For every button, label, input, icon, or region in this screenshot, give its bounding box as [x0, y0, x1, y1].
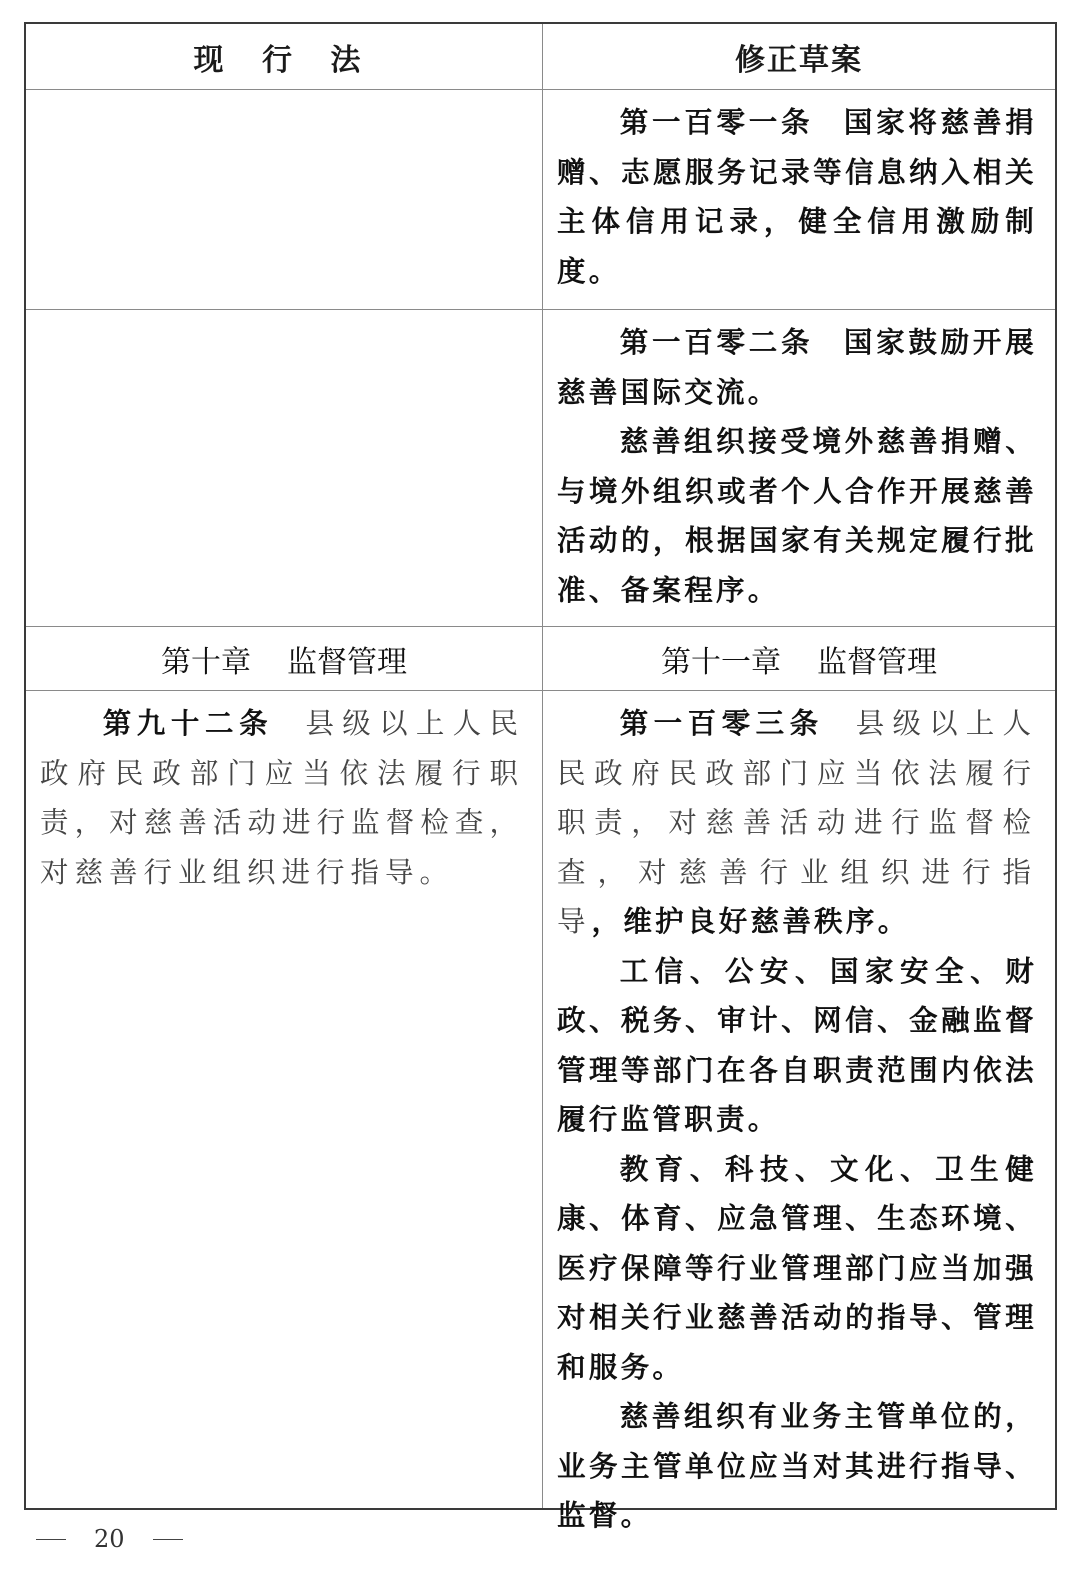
dash-left [36, 1539, 66, 1540]
article-102-paragraph-2: 慈善组织接受境外慈善捐赠、与境外组织或者个人合作开展慈善活动的，根据国家有关规定… [557, 417, 1037, 615]
article-text-unchanged: 县级以上人民政府民政部门应当依法履行职责，对慈善活动进行监督检查，对慈善行业组织… [557, 707, 1037, 938]
article-103-paragraph-2: 工信、公安、国家安全、财政、税务、审计、网信、金融监督管理等部门在各自职责范围内… [557, 947, 1037, 1145]
chapter-number: 第十一章 [661, 637, 781, 681]
article-103-paragraph-3: 教育、科技、文化、卫生健康、体育、应急管理、生态环境、医疗保障等行业管理部门应当… [557, 1145, 1037, 1393]
article-92: 第九十二条县级以上人民政府民政部门应当依法履行职责，对慈善活动进行监督检查，对慈… [40, 699, 524, 897]
row1-current-law-empty [26, 90, 542, 309]
page-footer: 20 [36, 1525, 183, 1553]
article-101: 第一百零一条国家将慈善捐赠、志愿服务记录等信息纳入相关主体信用记录，健全信用激励… [557, 98, 1037, 296]
row4-current-law: 第九十二条县级以上人民政府民政部门应当依法履行职责，对慈善活动进行监督检查，对慈… [26, 691, 542, 1508]
article-text-added: ，维护良好慈善秩序。 [592, 905, 910, 938]
chapter-title: 监督管理 [817, 637, 937, 681]
header-current-law: 现 行 法 [26, 24, 542, 89]
chapter-current-law: 第十章监督管理 [26, 627, 542, 690]
row4-draft: 第一百零三条县级以上人民政府民政部门应当依法履行职责，对慈善活动进行监督检查，对… [543, 691, 1055, 1508]
article-number: 第一百零三条 [620, 707, 824, 740]
dash-right [153, 1539, 183, 1540]
header-draft: 修正草案 [543, 24, 1055, 89]
chapter-title: 监督管理 [287, 637, 407, 681]
article-number: 第一百零一条 [620, 106, 814, 139]
comparison-table: 现 行 法 修正草案 第一百零一条国家将慈善捐赠、志愿服务记录等信息纳入相关主体… [24, 22, 1057, 1510]
article-number: 第一百零二条 [620, 326, 814, 359]
article-103-paragraph-4: 慈善组织有业务主管单位的，业务主管单位应当对其进行指导、监督。 [557, 1392, 1037, 1541]
row2-draft: 第一百零二条国家鼓励开展慈善国际交流。 慈善组织接受境外慈善捐赠、与境外组织或者… [543, 310, 1055, 626]
chapter-draft: 第十一章监督管理 [543, 627, 1055, 690]
page-number: 20 [94, 1525, 125, 1553]
row2-current-law-empty [26, 310, 542, 626]
chapter-number: 第十章 [161, 637, 251, 681]
article-102: 第一百零二条国家鼓励开展慈善国际交流。 [557, 318, 1037, 417]
article-103: 第一百零三条县级以上人民政府民政部门应当依法履行职责，对慈善活动进行监督检查，对… [557, 699, 1037, 947]
row1-draft: 第一百零一条国家将慈善捐赠、志愿服务记录等信息纳入相关主体信用记录，健全信用激励… [543, 90, 1055, 309]
article-number: 第九十二条 [103, 707, 274, 740]
